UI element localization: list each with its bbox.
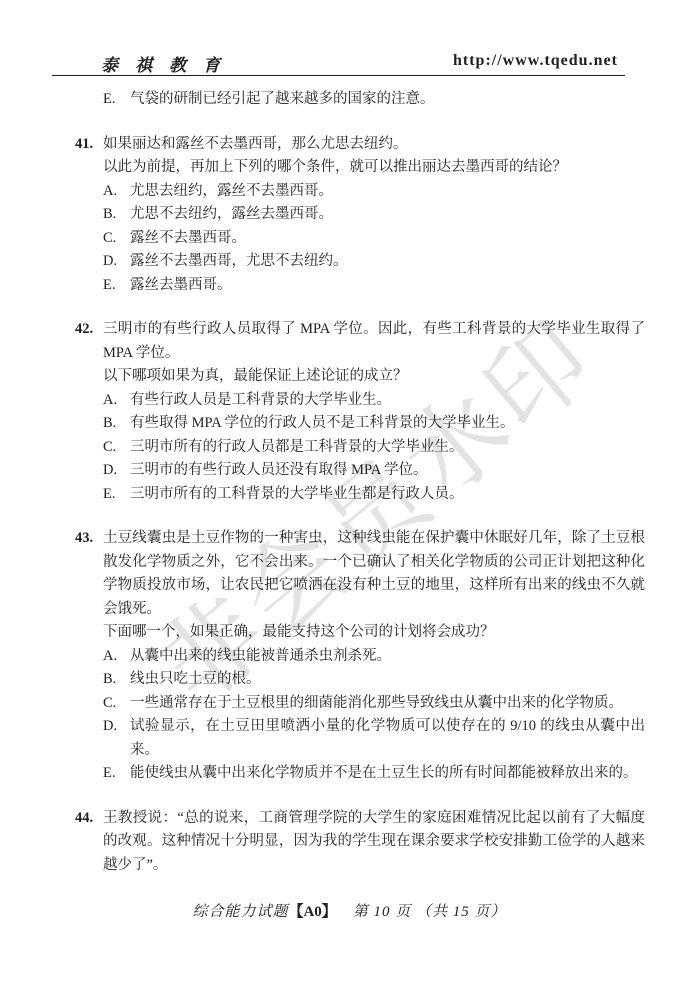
question-body: 王教授说：“总的说来，工商管理学院的大学生的家庭困难情况比起以前有了大幅度的改观…: [103, 807, 645, 878]
option-a: A. 从囊中出来的线虫能被普通杀虫剂杀死。: [103, 645, 645, 669]
question-number: 44.: [75, 807, 103, 878]
option-d: D. 露丝不去墨西哥，尤思不去纽约。: [103, 250, 645, 274]
option-label: C.: [103, 692, 130, 716]
option-label: B.: [103, 668, 130, 692]
footer-paper-title: 综合能力试题: [192, 904, 288, 920]
option-text: 能使线虫从囊中出来化学物质并不是在土豆生长的所有时间都能被释放出来的。: [130, 762, 645, 786]
option-text: 露丝不去墨西哥，尤思不去纽约。: [130, 250, 645, 274]
question-body: 如果丽达和露丝不去墨西哥，那么尤思去纽约。 以此为前提，再加上下列的哪个条件，就…: [103, 133, 645, 298]
option-label: D.: [103, 459, 130, 483]
question-41: 41. 如果丽达和露丝不去墨西哥，那么尤思去纽约。 以此为前提，再加上下列的哪个…: [75, 133, 645, 298]
brand-logo: 泰祺教育: [101, 51, 237, 76]
option-label: E.: [103, 762, 130, 786]
option-text: 三明市的有些行政人员还没有取得 MPA 学位。: [130, 459, 645, 483]
option-d: D. 三明市的有些行政人员还没有取得 MPA 学位。: [103, 459, 645, 483]
option-label: E.: [103, 274, 130, 298]
option-c: C. 三明市所有的行政人员都是工科背景的大学毕业生。: [103, 436, 645, 460]
question-prompt: 下面哪一个，如果正确，最能支持这个公司的计划将会成功？: [103, 621, 645, 645]
option-e: E. 能使线虫从囊中出来化学物质并不是在土豆生长的所有时间都能被释放出来的。: [103, 762, 645, 786]
option-text: 一些通常存在于土豆根里的细菌能消化那些导致线虫从囊中出来的化学物质。: [130, 692, 645, 716]
option-label: D.: [103, 250, 130, 274]
question-body: 土豆线囊虫是土豆作物的一种害虫，这种线虫能在保护囊中休眠好几年，除了土豆根散发化…: [103, 527, 645, 786]
option-a: A. 有些行政人员是工科背景的大学毕业生。: [103, 389, 645, 413]
option-text: 试验显示，在土豆田里喷洒小量的化学物质可以使存在的 9/10 的线虫从囊中出来。: [130, 715, 645, 762]
option-b: B. 尤思不去纽约，露丝去墨西哥。: [103, 203, 645, 227]
option-text: 露丝去墨西哥。: [130, 274, 645, 298]
option-a: A. 尤思去纽约，露丝不去墨西哥。: [103, 180, 645, 204]
question-prompt: 以下哪项如果为真，最能保证上述论证的成立？: [103, 365, 645, 389]
question-number: 43.: [75, 527, 103, 786]
option-label: E.: [103, 483, 130, 507]
option-text: 有些取得 MPA 学位的行政人员不是工科背景的大学毕业生。: [130, 412, 645, 436]
option-text: 从囊中出来的线虫能被普通杀虫剂杀死。: [130, 645, 645, 669]
option-label: D.: [103, 715, 130, 762]
page-footer: 综合能力试题【A0】第 10 页 （共 15 页）: [0, 900, 699, 921]
question-body: 三明市的有些行政人员取得了 MPA 学位。因此，有些工科背景的大学毕业生取得了 …: [103, 318, 645, 506]
option-c: C. 露丝不去墨西哥。: [103, 227, 645, 251]
option-text: 线虫只吃土豆的根。: [130, 668, 645, 692]
option-label: B.: [103, 412, 130, 436]
question-stem: 三明市的有些行政人员取得了 MPA 学位。因此，有些工科背景的大学毕业生取得了 …: [103, 318, 645, 365]
option-e-previous-question: E. 气袋的研制已经引起了越来越多的国家的注意。: [75, 88, 645, 112]
option-text: 气袋的研制已经引起了越来越多的国家的注意。: [130, 88, 645, 112]
exam-page: 非会员水印 泰祺教育 http://www.tqedu.net E. 气袋的研制…: [0, 0, 699, 982]
option-label: B.: [103, 203, 130, 227]
footer-paper-code: 【A0】: [288, 904, 336, 920]
footer-page-number: 第 10 页 （共 15 页）: [353, 904, 507, 920]
option-label: C.: [103, 227, 130, 251]
question-43: 43. 土豆线囊虫是土豆作物的一种害虫，这种线虫能在保护囊中休眠好几年，除了土豆…: [75, 527, 645, 786]
option-d: D. 试验显示，在土豆田里喷洒小量的化学物质可以使存在的 9/10 的线虫从囊中…: [103, 715, 645, 762]
option-text: 有些行政人员是工科背景的大学毕业生。: [130, 389, 645, 413]
option-b: B. 线虫只吃土豆的根。: [103, 668, 645, 692]
question-stem: 如果丽达和露丝不去墨西哥，那么尤思去纽约。: [103, 133, 645, 157]
question-stem: 王教授说：“总的说来，工商管理学院的大学生的家庭困难情况比起以前有了大幅度的改观…: [103, 807, 645, 878]
header-divider: [52, 75, 625, 76]
website-url: http://www.tqedu.net: [453, 52, 618, 70]
option-label: C.: [103, 436, 130, 460]
option-label: E.: [103, 88, 130, 112]
option-c: C. 一些通常存在于土豆根里的细菌能消化那些导致线虫从囊中出来的化学物质。: [103, 692, 645, 716]
option-b: B. 有些取得 MPA 学位的行政人员不是工科背景的大学毕业生。: [103, 412, 645, 436]
option-text: 三明市所有的行政人员都是工科背景的大学毕业生。: [130, 436, 645, 460]
option-label: A.: [103, 645, 130, 669]
option-text: 尤思去纽约，露丝不去墨西哥。: [130, 180, 645, 204]
option-text: 尤思不去纽约，露丝去墨西哥。: [130, 203, 645, 227]
question-42: 42. 三明市的有些行政人员取得了 MPA 学位。因此，有些工科背景的大学毕业生…: [75, 318, 645, 506]
option-label: A.: [103, 180, 130, 204]
question-number: 41.: [75, 133, 103, 298]
option-text: 露丝不去墨西哥。: [130, 227, 645, 251]
question-44: 44. 王教授说：“总的说来，工商管理学院的大学生的家庭困难情况比起以前有了大幅…: [75, 807, 645, 878]
question-number: 42.: [75, 318, 103, 506]
question-prompt: 以此为前提，再加上下列的哪个条件，就可以推出丽达去墨西哥的结论？: [103, 156, 645, 180]
option-label: A.: [103, 389, 130, 413]
option-e: E. 露丝去墨西哥。: [103, 274, 645, 298]
question-stem: 土豆线囊虫是土豆作物的一种害虫，这种线虫能在保护囊中休眠好几年，除了土豆根散发化…: [103, 527, 645, 621]
option-text: 三明市所有的工科背景的大学毕业生都是行政人员。: [130, 483, 645, 507]
option-e: E. 三明市所有的工科背景的大学毕业生都是行政人员。: [103, 483, 645, 507]
page-body: E. 气袋的研制已经引起了越来越多的国家的注意。 41. 如果丽达和露丝不去墨西…: [75, 88, 645, 877]
